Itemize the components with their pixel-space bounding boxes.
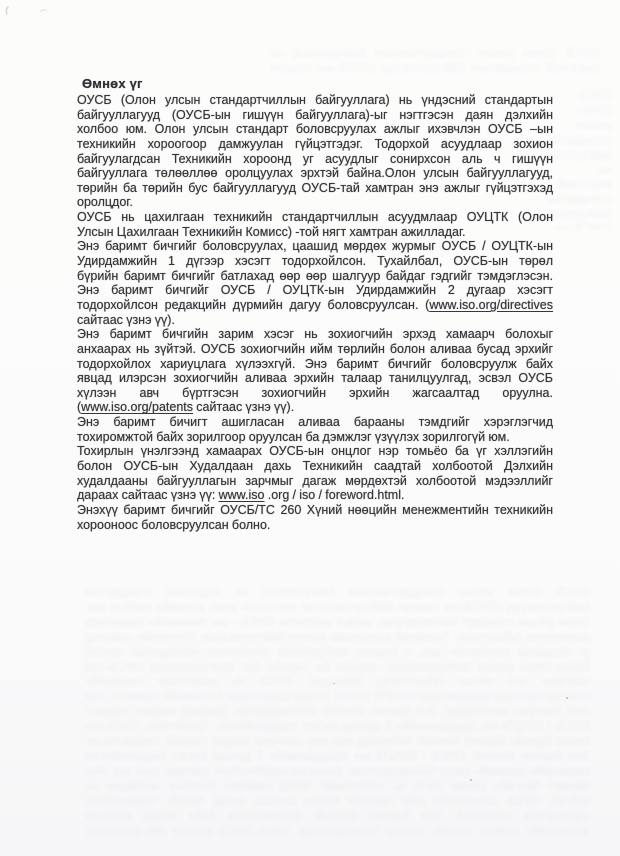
text-line: ОУСБ нь цахилгаан техникийн стандартчилл… [77,210,553,225]
text-line: хүлээн авч бүртгэсэн зохиогчийн эрхийн ж… [77,386,553,401]
text-line: техникийн хороогоор дамжуулан гүйцэтгэдэ… [77,137,553,152]
text-line: Энэхүү баримт бичгийг ОУСБ/ТС 260 Хүний … [77,503,553,518]
text-line: анхаарах нь зүйтэй. ОУСБ зохиогчийн ийм … [77,342,553,357]
preface-paragraph: Энэхүү баримт бичгийг ОУСБ/ТС 260 Хүний … [77,503,553,532]
scan-speck [566,697,568,699]
text-line: сайтаас үзнэ үү). [77,313,553,328]
text-line: Энэ баримт бичигт ашигласан аливаа бараа… [77,415,553,430]
text-segment: сайтаас үзнэ үү). [193,400,294,414]
bleedthrough-ghost-text-bottom: ОУСБ (Олон улсын стандартчиллын байгуулл… [85,585,590,837]
text-line: худалдааны байгууллагын зарчмыг дагаж мө… [77,474,553,489]
text-line: байгууллагууд (ОУСБ-ын гишүүн байгууллаг… [77,108,553,123]
preface-paragraph: ОУСБ (Олон улсын стандартчиллын байгуулл… [77,93,553,210]
text-line: Энэ баримт бичгийн зарим хэсэг нь зохиог… [77,327,553,342]
scanned-document-page: ОУСБ (Олон улсын стандартчиллын байгуулл… [0,0,620,856]
text-line: тохиромжтой байх зорилгоор оруулсан ба д… [77,430,553,445]
text-line: Энэ баримт бичгийг боловсруулах, цаашид … [77,239,553,254]
text-line: тодорхойлох хариуцлага хүлээхгүй. Энэ ба… [77,357,553,372]
text-line: бүрийн баримт бичгийг батлахад өөр өөр ш… [77,269,553,284]
preface-paragraph: Энэ баримт бичгийг боловсруулах, цаашид … [77,239,553,327]
preface-paragraph: Тохирлын үнэлгээнд хамаарах ОУСБ-ын онцл… [77,444,553,503]
text-line: ОУСБ (Олон улсын стандартчиллын байгуулл… [77,93,553,108]
bleedthrough-ghost-text-right: ОУСБ (Олон улсын стандартчиллын байгуулл… [548,88,612,230]
underlined-url-text: www.iso.org/patents [81,400,193,414]
underlined-url-text: www.iso.org/directives [429,298,553,312]
text-line: төрийн ба төрийн бус байгууллагууд ОУСБ-… [77,181,553,196]
text-line: Тохирлын үнэлгээнд хамаарах ОУСБ-ын онцл… [77,444,553,459]
bleedthrough-ghost-text-top: ОУСБ (Олон улсын стандартчиллын байгуулл… [270,46,600,76]
scan-speck [333,683,335,684]
preface-body: ОУСБ (Олон улсын стандартчиллын байгуулл… [77,93,553,532]
text-line: Энэ баримт бичгийг ОУСБ / ОУЦТК-ын Удирд… [77,283,553,298]
text-segment: .org / iso / foreword.html. [264,488,404,502]
text-line: Удирдамжийн 1 дүгээр хэсэгт тодорхойлсон… [77,254,553,269]
text-line: байгууллага төлөөллөө оролцуулах эрхтэй … [77,166,553,181]
text-line: холбоо юм. Олон улсын стандарт боловсруу… [77,122,553,137]
text-line: оролцдог. [77,195,553,210]
preface-heading: Өмнөх үг [77,76,553,93]
text-line: байгуулагдсан Техникийн хороонд уг асууд… [77,152,553,167]
text-line: дараах сайтаас үзнэ үү: www.iso .org / i… [77,488,553,503]
text-line: тодорхойлсон редакцийн дүрмийн дагуу бол… [77,298,553,313]
scan-speck [470,779,472,781]
preface-paragraph: ОУСБ нь цахилгаан техникийн стандартчилл… [77,210,553,239]
corner-scan-mark [3,4,51,18]
text-line: хорооноос боловсруулсан болно. [77,518,553,533]
text-line: явцад илэрсэн зохиогчийн аливаа эрхийн т… [77,371,553,386]
text-line: (www.iso.org/patents сайтаас үзнэ үү). [77,400,553,415]
preface-paragraph: Энэ баримт бичигт ашигласан аливаа бараа… [77,415,553,444]
preface-paragraph: Энэ баримт бичгийн зарим хэсэг нь зохиог… [77,327,553,415]
preface-text-block: Өмнөх үг ОУСБ (Олон улсын стандартчиллын… [77,76,553,532]
underlined-url-text: www.iso [219,488,265,502]
text-segment: тодорхойлсон редакцийн дүрмийн дагуу бол… [77,298,429,312]
text-segment: дараах сайтаас үзнэ үү: [77,488,219,502]
text-line: Улсын Цахилгаан Техникийн Комисс) -той н… [77,225,553,240]
text-line: болон ОУСБ-ын Худалдаан дахь Техникийн с… [77,459,553,474]
